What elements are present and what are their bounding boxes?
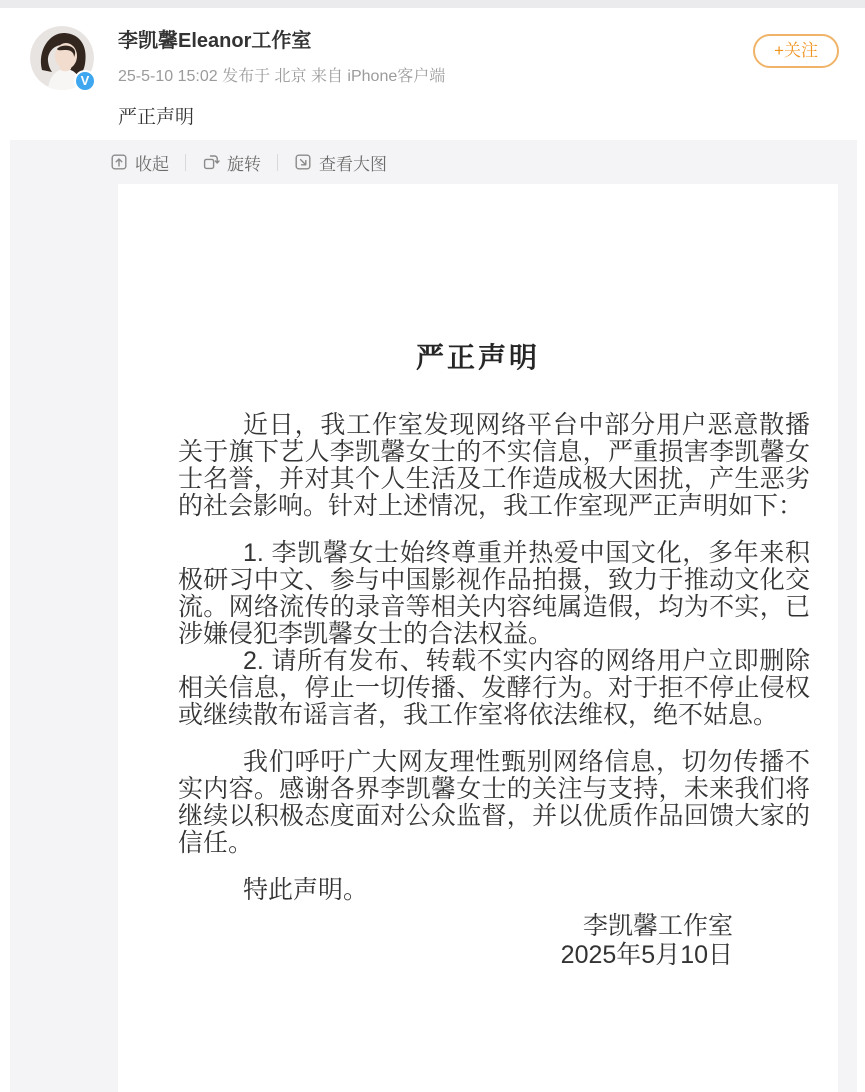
- view-large-button[interactable]: 查看大图: [294, 150, 387, 175]
- signature-name: 李凯馨工作室: [178, 912, 733, 940]
- post-text: 严正声明: [118, 102, 841, 129]
- toolbar-divider: [277, 154, 278, 171]
- collapse-label: 收起: [135, 150, 169, 175]
- image-viewer: 收起 旋转 查看大图 严正声明 近日，我工作室发现网络平台中部分用户恶意散播关于…: [10, 140, 857, 1092]
- view-large-label: 查看大图: [319, 150, 387, 175]
- signature-date: 2025年5月10日: [178, 941, 733, 969]
- collapse-button[interactable]: 收起: [110, 150, 169, 175]
- post-meta-timestamp: 25-5-10 15:02 发布于 北京 来自 iPhone客户端: [118, 63, 841, 86]
- statement-item-2: 2. 请所有发布、转载不实内容的网络用户立即删除相关信息，停止一切传播、发酵行为…: [178, 648, 810, 729]
- rotate-button[interactable]: 旋转: [202, 150, 261, 175]
- statement-paragraph: 近日，我工作室发现网络平台中部分用户恶意散播关于旗下艺人李凯馨女士的不实信息，严…: [178, 412, 810, 520]
- post-header: V 李凯馨Eleanor工作室 25-5-10 15:02 发布于 北京 来自 …: [0, 8, 865, 140]
- statement-item-1: 1. 李凯馨女士始终尊重并热爱中国文化，多年来积极研习中文、参与中国影视作品拍摄…: [178, 540, 810, 648]
- rotate-label: 旋转: [227, 150, 261, 175]
- statement-title: 严正声明: [118, 336, 838, 376]
- expand-icon: [294, 153, 312, 171]
- statement-signature-block: 李凯馨工作室 2025年5月10日: [178, 912, 810, 969]
- toolbar-divider: [185, 154, 186, 171]
- statement-image[interactable]: 严正声明 近日，我工作室发现网络平台中部分用户恶意散播关于旗下艺人李凯馨女士的不…: [118, 184, 838, 1092]
- verified-badge-icon: V: [74, 70, 96, 92]
- rotate-icon: [202, 153, 220, 171]
- statement-closing: 特此声明。: [178, 877, 810, 904]
- image-toolbar: 收起 旋转 查看大图: [10, 140, 857, 184]
- statement-paragraph: 我们呼吁广大网友理性甄别网络信息，切勿传播不实内容。感谢各界李凯馨女士的关注与支…: [178, 749, 810, 857]
- username[interactable]: 李凯馨Eleanor工作室: [118, 24, 841, 54]
- collapse-icon: [110, 153, 128, 171]
- avatar[interactable]: V: [30, 26, 94, 90]
- page-top-divider: [0, 0, 865, 8]
- follow-button[interactable]: +关注: [753, 34, 839, 68]
